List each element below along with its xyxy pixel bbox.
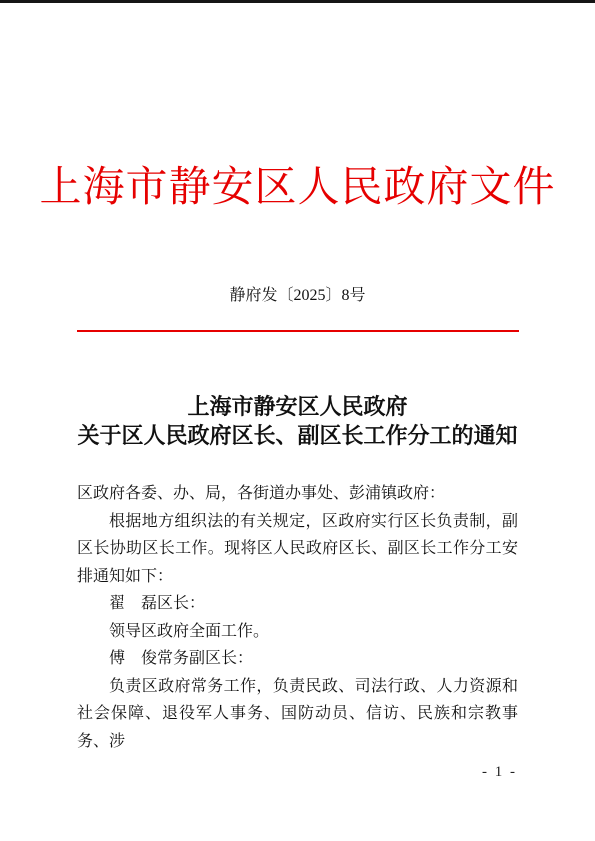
document-page: 上海市静安区人民政府文件 静府发〔2025〕8号 上海市静安区人民政府 关于区人… [0,0,595,841]
page-number: - 1 - [482,764,517,781]
notice-title-line1: 上海市静安区人民政府 [0,392,595,421]
body-paragraph: 领导区政府全面工作。 [77,618,518,646]
page-top-border [0,0,595,3]
document-masthead-title: 上海市静安区人民政府文件 [0,163,595,213]
notice-title: 上海市静安区人民政府 关于区人民政府区长、副区长工作分工的通知 [0,392,595,450]
salutation-line: 区政府各委、办、局，各街道办事处、彭浦镇政府： [77,480,518,508]
body-paragraph: 傅 俊常务副区长： [77,645,518,673]
body-paragraph: 根据地方组织法的有关规定，区政府实行区长负责制，副区长协助区长工作。现将区人民政… [77,508,518,591]
document-number: 静府发〔2025〕8号 [0,285,595,307]
red-divider-rule [77,330,519,332]
body-paragraph: 负责区政府常务工作，负责民政、司法行政、人力资源和社会保障、退役军人事务、国防动… [77,673,518,756]
notice-title-line2: 关于区人民政府区长、副区长工作分工的通知 [0,421,595,450]
body-paragraph: 翟 磊区长： [77,590,518,618]
notice-body: 区政府各委、办、局，各街道办事处、彭浦镇政府： 根据地方组织法的有关规定，区政府… [0,480,595,755]
